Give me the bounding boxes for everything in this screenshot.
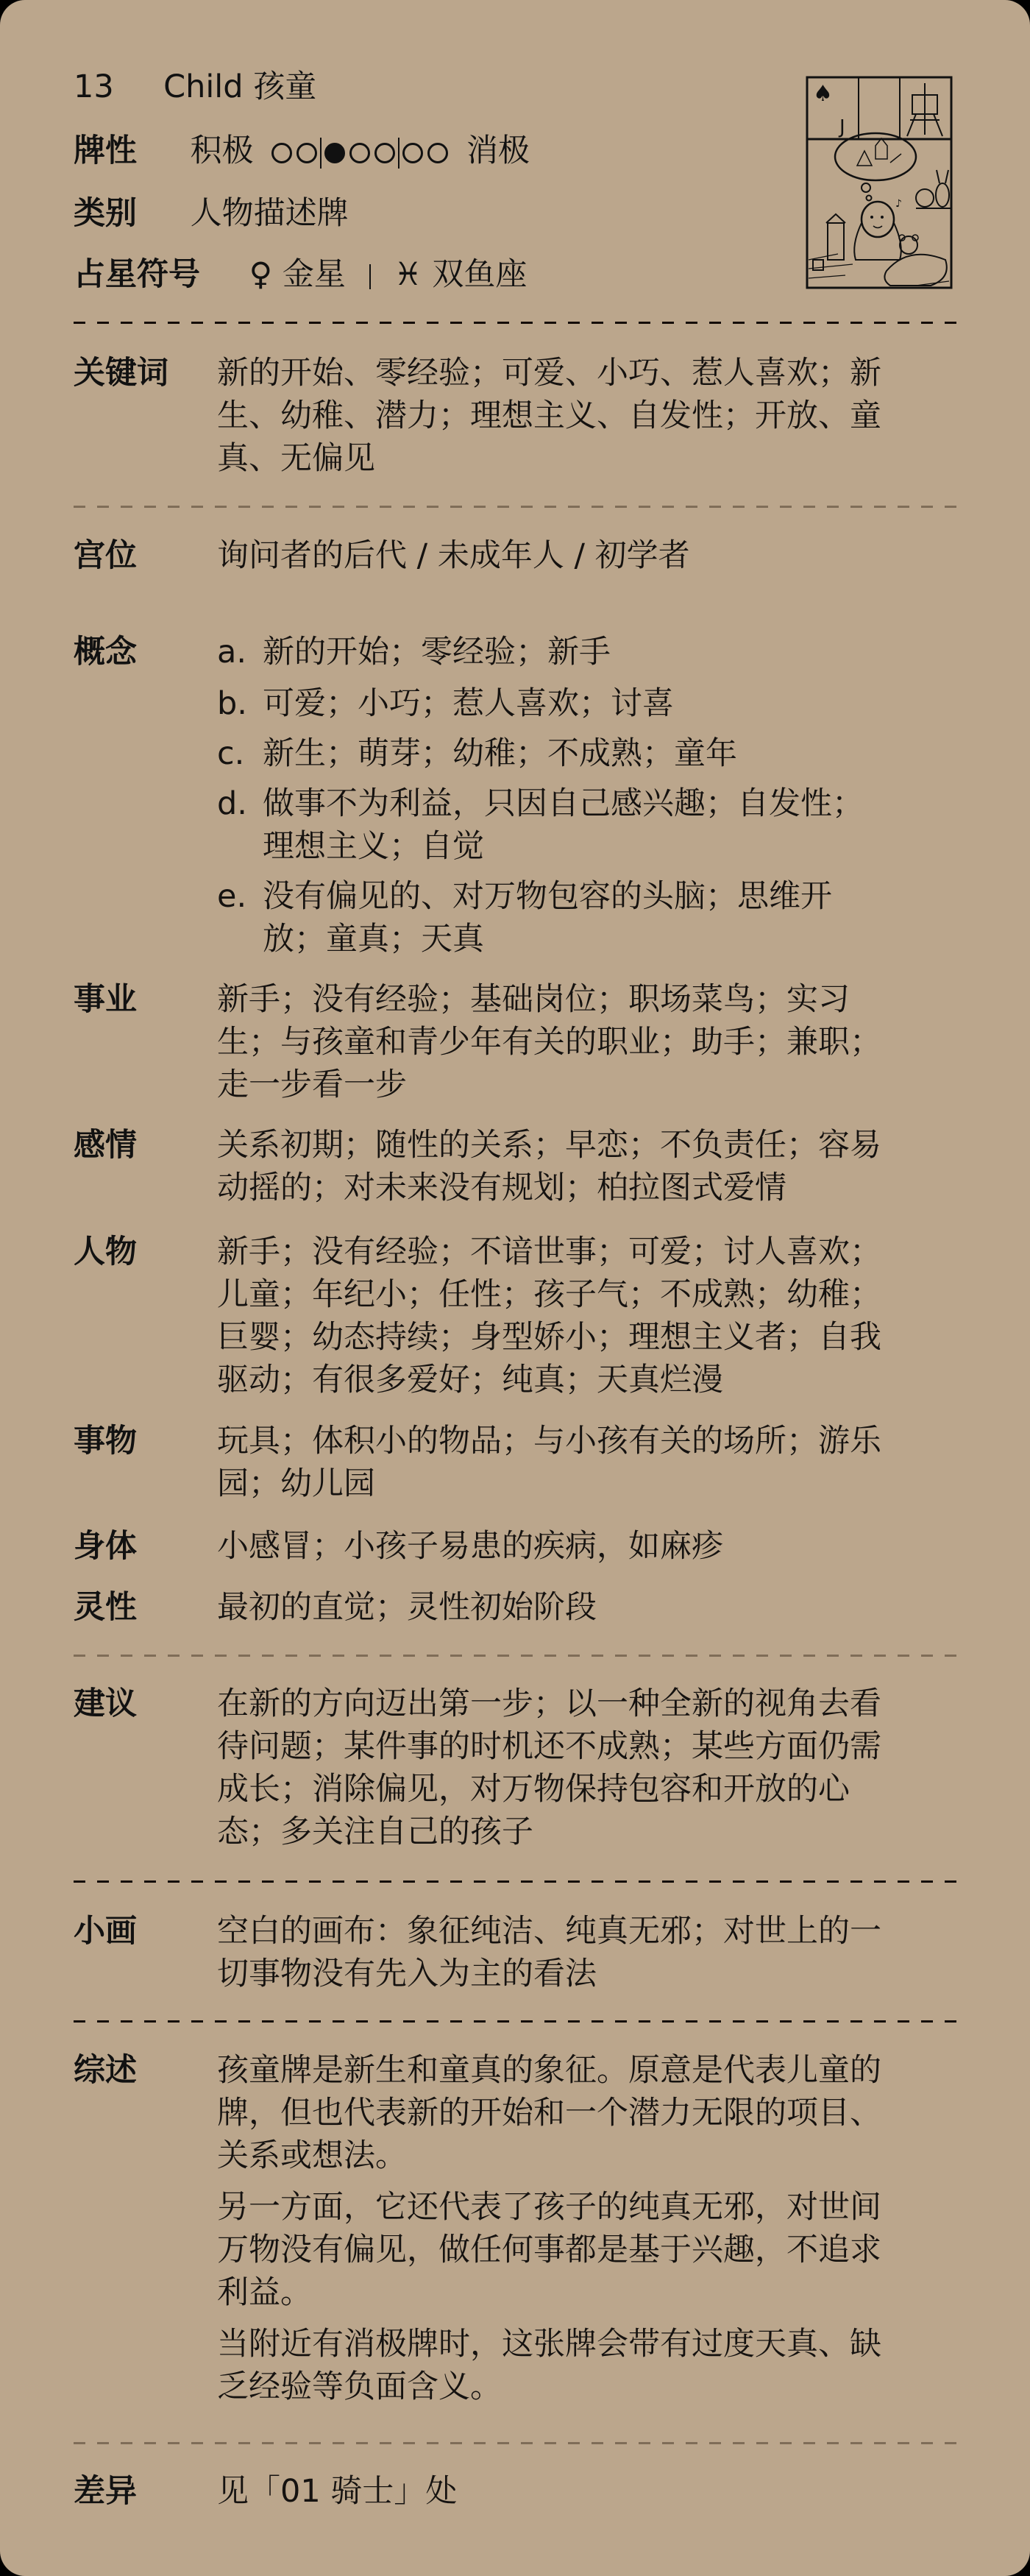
small-picture-line: 切事物没有先入为主的看法 xyxy=(217,1953,960,1995)
concept-list: a. 新的开始；零经验；新手 b. 可爱；小巧；惹人喜欢；讨喜 c. 新生；萌芽… xyxy=(217,631,960,960)
difference-link-text: 见「01 骑士」处 xyxy=(217,2470,960,2513)
spirit-line: 最初的直觉；灵性初始阶段 xyxy=(217,1586,960,1629)
body-label: 身体 xyxy=(74,1525,137,1568)
summary-paragraph: 孩童牌是新生和童真的象征。原意是代表儿童的 牌，但也代表新的开始和一个潜力无限的… xyxy=(217,2049,960,2177)
advice-line: 待问题；某件事的时机还不成熟；某些方面仍需 xyxy=(217,1725,960,1768)
keywords-line: 真、无偏见 xyxy=(217,437,960,480)
polarity-scale xyxy=(269,138,450,169)
spirit-label: 灵性 xyxy=(74,1586,137,1629)
summary-line: 乏经验等负面含义。 xyxy=(217,2366,960,2408)
love-line: 动摇的；对未来没有规划；柏拉图式爱情 xyxy=(217,1167,960,1209)
pisces-icon: ♓ xyxy=(394,256,422,293)
things-value: 玩具；体积小的物品；与小孩有关的场所；游乐 园；幼儿园 xyxy=(217,1420,960,1505)
career-label: 事业 xyxy=(74,978,137,1021)
person-line: 驱动；有很多爱好；纯真；天真烂漫 xyxy=(217,1359,960,1401)
polarity-dot-2 xyxy=(296,143,317,163)
career-line: 走一步看一步 xyxy=(217,1064,960,1106)
person-line: 巨婴；幼态持续；身型娇小；理想主义者；自我 xyxy=(217,1316,960,1359)
music-note-icon: ♪ xyxy=(895,198,902,210)
advice-line: 在新的方向迈出第一步；以一种全新的视角去看 xyxy=(217,1682,960,1725)
child-card-drawing: ♠ J xyxy=(806,76,953,289)
concept-item: a. 新的开始；零经验；新手 xyxy=(217,631,960,673)
category-value: 人物描述牌 xyxy=(191,195,349,232)
card-number: 13 xyxy=(74,68,114,105)
concept-item: b. 可爱；小巧；惹人喜欢；讨喜 xyxy=(217,682,960,725)
things-label: 事物 xyxy=(74,1420,137,1462)
card-name-en: Child xyxy=(163,68,243,105)
small-picture-line: 空白的画布：象征纯洁、纯真无邪；对世上的一 xyxy=(217,1910,960,1953)
concept-text: 新生；萌芽；幼稚；不成熟；童年 xyxy=(217,732,960,775)
career-value: 新手；没有经验；基础岗位；职场菜鸟；实习 生；与孩童和青少年有关的职业；助手；兼… xyxy=(217,978,960,1106)
divider xyxy=(74,1655,956,1657)
difference-value: 见「01 骑士」处 xyxy=(217,2470,960,2513)
divider xyxy=(74,506,956,508)
concept-text: 没有偏见的、对万物包容的头脑；思维开 xyxy=(217,875,960,918)
difference-label: 差异 xyxy=(74,2470,137,2513)
small-picture-label: 小画 xyxy=(74,1910,137,1953)
house-label: 宫位 xyxy=(74,534,137,577)
summary-line: 孩童牌是新生和童真的象征。原意是代表儿童的 xyxy=(217,2049,960,2092)
summary-value: 孩童牌是新生和童真的象征。原意是代表儿童的 牌，但也代表新的开始和一个潜力无限的… xyxy=(217,2049,960,2408)
card-illustration: ♠ J xyxy=(806,76,953,289)
summary-line: 牌，但也代表新的开始和一个潜力无限的项目、 xyxy=(217,2092,960,2134)
concept-text: 做事不为利益，只因自己感兴趣；自发性； xyxy=(217,782,960,825)
house-line: 询问者的后代 / 未成年人 / 初学者 xyxy=(217,534,960,577)
body-line: 小感冒；小孩子易患的疾病，如麻疹 xyxy=(217,1525,960,1568)
polarity-dot-4 xyxy=(349,143,370,163)
planet-name: 金星 xyxy=(283,256,346,293)
polarity-negative: 消极 xyxy=(466,132,530,169)
summary-line: 当附近有消极牌时，这张牌会带有过度天真、缺 xyxy=(217,2323,960,2366)
career-line: 新手；没有经验；基础岗位；职场菜鸟；实习 xyxy=(217,978,960,1021)
astrology-label: 占星符号 xyxy=(74,253,239,296)
astrology-divider xyxy=(369,264,371,289)
small-picture-value: 空白的画布：象征纯洁、纯真无邪；对世上的一 切事物没有先入为主的看法 xyxy=(217,1910,960,1995)
love-label: 感情 xyxy=(74,1124,137,1167)
concept-text: 理想主义；自觉 xyxy=(217,825,960,868)
divider xyxy=(74,1880,956,1883)
summary-paragraph: 当附近有消极牌时，这张牌会带有过度天真、缺 乏经验等负面含义。 xyxy=(217,2323,960,2408)
love-value: 关系初期；随性的关系；早恋；不负责任；容易 动摇的；对未来没有规划；柏拉图式爱情 xyxy=(217,1124,960,1209)
rank-j: J xyxy=(838,116,845,138)
spade-icon: ♠ xyxy=(813,81,833,107)
sign-name: 双鱼座 xyxy=(432,256,527,293)
things-line: 玩具；体积小的物品；与小孩有关的场所；游乐 xyxy=(217,1420,960,1462)
keywords-value: 新的开始、零经验；可爱、小巧、惹人喜欢；新 生、幼稚、潜力；理想主义、自发性；开… xyxy=(217,352,960,480)
career-line: 生；与孩童和青少年有关的职业；助手；兼职； xyxy=(217,1021,960,1064)
polarity-dot-6 xyxy=(402,143,423,163)
concept-letter: d. xyxy=(217,782,247,825)
polarity-dot-7 xyxy=(427,143,448,163)
category-label: 类别 xyxy=(74,192,180,235)
concept-letter: e. xyxy=(217,875,246,918)
advice-line: 成长；消除偏见，对万物保持包容和开放的心 xyxy=(217,1768,960,1811)
concept-label: 概念 xyxy=(74,631,137,673)
summary-line: 另一方面，它还代表了孩子的纯真无邪，对世间 xyxy=(217,2186,960,2229)
concept-letter: c. xyxy=(217,732,244,775)
divider xyxy=(74,322,956,324)
summary-line: 关系或想法。 xyxy=(217,2134,960,2177)
polarity-row: 牌性 积极 消极 xyxy=(74,130,530,172)
things-line: 园；幼儿园 xyxy=(217,1462,960,1505)
polarity-positive: 积极 xyxy=(191,132,254,169)
polarity-label: 牌性 xyxy=(74,130,180,172)
divider xyxy=(74,2020,956,2023)
divider xyxy=(74,2442,956,2444)
concept-text: 可爱；小巧；惹人喜欢；讨喜 xyxy=(217,682,960,725)
keywords-label: 关键词 xyxy=(74,352,168,394)
summary-paragraph: 另一方面，它还代表了孩子的纯真无邪，对世间 万物没有偏见，做任何事都是基于兴趣，… xyxy=(217,2186,960,2314)
card-name-zh: 孩童 xyxy=(253,68,316,105)
card-title: 13 Child 孩童 xyxy=(74,66,316,108)
person-line: 儿童；年纪小；任性；孩子气；不成熟；幼稚； xyxy=(217,1273,960,1316)
polarity-dot-5 xyxy=(374,143,395,163)
spirit-value: 最初的直觉；灵性初始阶段 xyxy=(217,1586,960,1629)
concept-letter: a. xyxy=(217,631,246,673)
concept-letter: b. xyxy=(217,682,247,725)
polarity-divider-1 xyxy=(320,138,322,169)
person-label: 人物 xyxy=(74,1231,137,1273)
summary-label: 综述 xyxy=(74,2049,137,2092)
keywords-line: 生、幼稚、潜力；理想主义、自发性；开放、童 xyxy=(217,394,960,437)
polarity-dot-3-selected xyxy=(324,143,345,163)
person-value: 新手；没有经验；不谙世事；可爱；讨人喜欢； 儿童；年纪小；任性；孩子气；不成熟；… xyxy=(217,1231,960,1401)
category-row: 类别 人物描述牌 xyxy=(74,192,349,235)
astrology-row: 占星符号 ♀ 金星 ♓ 双鱼座 xyxy=(74,253,527,296)
person-line: 新手；没有经验；不谙世事；可爱；讨人喜欢； xyxy=(217,1231,960,1273)
concept-text: 放；童真；天真 xyxy=(217,918,960,960)
summary-line: 万物没有偏见，做任何事都是基于兴趣，不追求 xyxy=(217,2229,960,2271)
card-panel: 13 Child 孩童 牌性 积极 消极 类别 人物描述牌 占星符号 ♀ 金星 … xyxy=(0,0,1030,2576)
polarity-divider-2 xyxy=(398,138,399,169)
concept-text: 新的开始；零经验；新手 xyxy=(217,631,960,673)
concept-item: d. 做事不为利益，只因自己感兴趣；自发性； 理想主义；自觉 xyxy=(217,782,960,868)
keywords-line: 新的开始、零经验；可爱、小巧、惹人喜欢；新 xyxy=(217,352,960,394)
house-value: 询问者的后代 / 未成年人 / 初学者 xyxy=(217,534,960,577)
concept-item: c. 新生；萌芽；幼稚；不成熟；童年 xyxy=(217,732,960,775)
concept-item: e. 没有偏见的、对万物包容的头脑；思维开 放；童真；天真 xyxy=(217,875,960,960)
advice-value: 在新的方向迈出第一步；以一种全新的视角去看 待问题；某件事的时机还不成熟；某些方… xyxy=(217,1682,960,1853)
advice-label: 建议 xyxy=(74,1682,137,1725)
advice-line: 态；多关注自己的孩子 xyxy=(217,1811,960,1853)
venus-icon: ♀ xyxy=(249,256,273,293)
body-value: 小感冒；小孩子易患的疾病，如麻疹 xyxy=(217,1525,960,1568)
love-line: 关系初期；随性的关系；早恋；不负责任；容易 xyxy=(217,1124,960,1167)
summary-line: 利益。 xyxy=(217,2271,960,2314)
polarity-dot-1 xyxy=(271,143,292,163)
